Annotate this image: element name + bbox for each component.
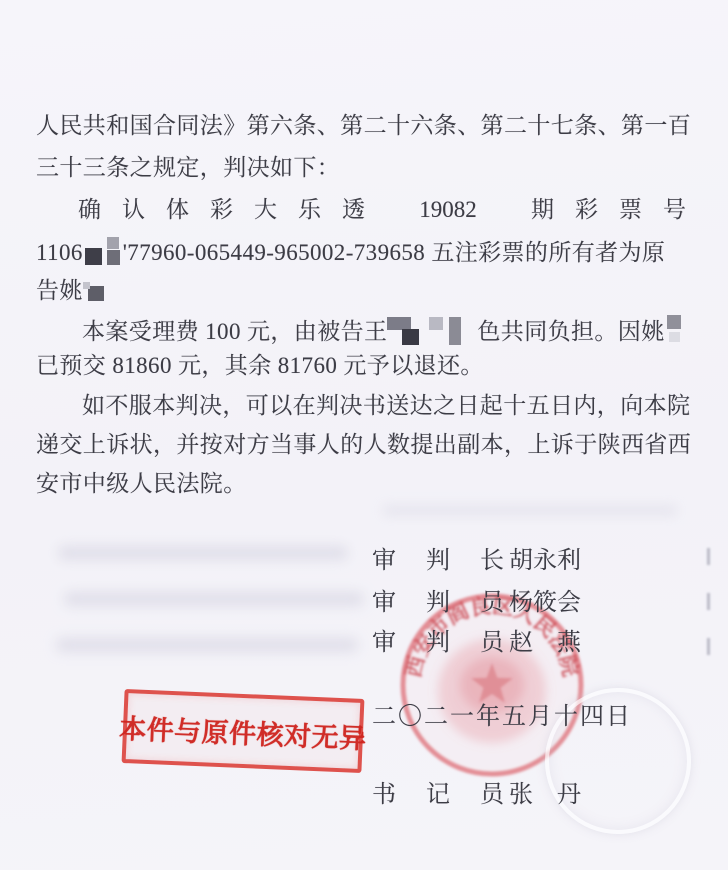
judge-line: 审 判 员赵 燕 — [372, 627, 581, 659]
document-scan: 人民共和国合同法》第六条、第二十六条、第二十七条、第一百 三十三条之规定，判决如… — [0, 0, 728, 870]
mosaic-block — [669, 332, 680, 342]
verification-stamp-text: 本件与原件核对无异 — [119, 706, 368, 755]
bleed-through-mark — [707, 548, 710, 565]
mosaic-block — [429, 317, 443, 330]
lottery-draw-number: 19082 — [419, 194, 477, 226]
body-line-8: 如不服本判决，可以在判决书送达之日起十五日内，向本院 — [82, 390, 690, 422]
plaintiff-name-prefix: 告姚 — [36, 278, 83, 303]
body-line-7: 已预交 81860 元，其余 81760 元予以退还。 — [36, 350, 484, 382]
judgment-text: 期彩票号 — [531, 194, 707, 226]
body-line-5: 告姚 — [36, 275, 107, 307]
body-line-2: 三十三条之规定，判决如下： — [36, 152, 340, 184]
mosaic-block — [107, 250, 120, 265]
bleed-through-mark — [707, 638, 710, 655]
judge-line: 审 判 员杨筱会 — [372, 587, 581, 619]
bleed-through-mark — [707, 593, 710, 610]
redaction-mosaic — [387, 311, 477, 345]
fee-text-continued: 色共同负担。因姚 — [477, 319, 664, 344]
judge-role-label: 审 判 员 — [372, 630, 507, 656]
bleed-through-smudge — [64, 592, 364, 606]
body-line-10: 安市中级人民法院。 — [36, 468, 247, 500]
judgment-text: 确认体彩大乐透 — [78, 194, 386, 226]
judge-role-label: 审 判 长 — [372, 548, 507, 574]
verification-stamp: 本件与原件核对无异 — [122, 689, 365, 773]
redaction-mosaic — [83, 236, 123, 266]
body-line-9: 递交上诉状，并按对方当事人的人数提出副本，上诉于陕西省西 — [36, 429, 691, 461]
clerk-role-label: 书 记 员 — [372, 782, 507, 808]
judgment-date: 二〇二一年五月十四日 — [372, 701, 632, 733]
mosaic-block — [83, 282, 90, 289]
judge-name: 胡永利 — [509, 548, 581, 574]
bleed-through-smudge — [58, 546, 348, 560]
clerk-line: 书 记 员张 丹 — [372, 779, 581, 811]
body-line-3: 确认体彩大乐透 19082 期彩票号 — [78, 194, 686, 226]
body-line-6: 本案受理费 100 元，由被告王色共同负担。因姚 — [82, 311, 683, 343]
mosaic-block — [449, 317, 461, 345]
redaction-mosaic — [665, 311, 683, 345]
ticket-number-prefix: 1106 — [36, 240, 83, 265]
bleed-through-smudge — [382, 505, 678, 516]
mosaic-block — [402, 329, 419, 345]
mosaic-block — [107, 237, 119, 249]
ticket-number-suffix: '77960-065449-965002-739658 五注彩票的所有者为原 — [123, 240, 666, 265]
body-line-4: 1106'77960-065449-965002-739658 五注彩票的所有者… — [36, 236, 665, 268]
judge-role-label: 审 判 员 — [372, 590, 507, 616]
presiding-judge-line: 审 判 长胡永利 — [372, 545, 581, 577]
fee-text: 本案受理费 100 元，由被告王 — [82, 319, 387, 344]
bleed-through-smudge — [56, 638, 358, 652]
mosaic-block — [85, 248, 102, 265]
clerk-name: 张 丹 — [509, 782, 581, 808]
mosaic-block — [667, 315, 681, 329]
mosaic-block — [88, 286, 104, 301]
redaction-mosaic — [83, 276, 107, 304]
body-line-1: 人民共和国合同法》第六条、第二十六条、第二十七条、第一百 — [36, 110, 691, 142]
judge-name: 赵 燕 — [509, 630, 581, 656]
judge-name: 杨筱会 — [509, 590, 581, 616]
